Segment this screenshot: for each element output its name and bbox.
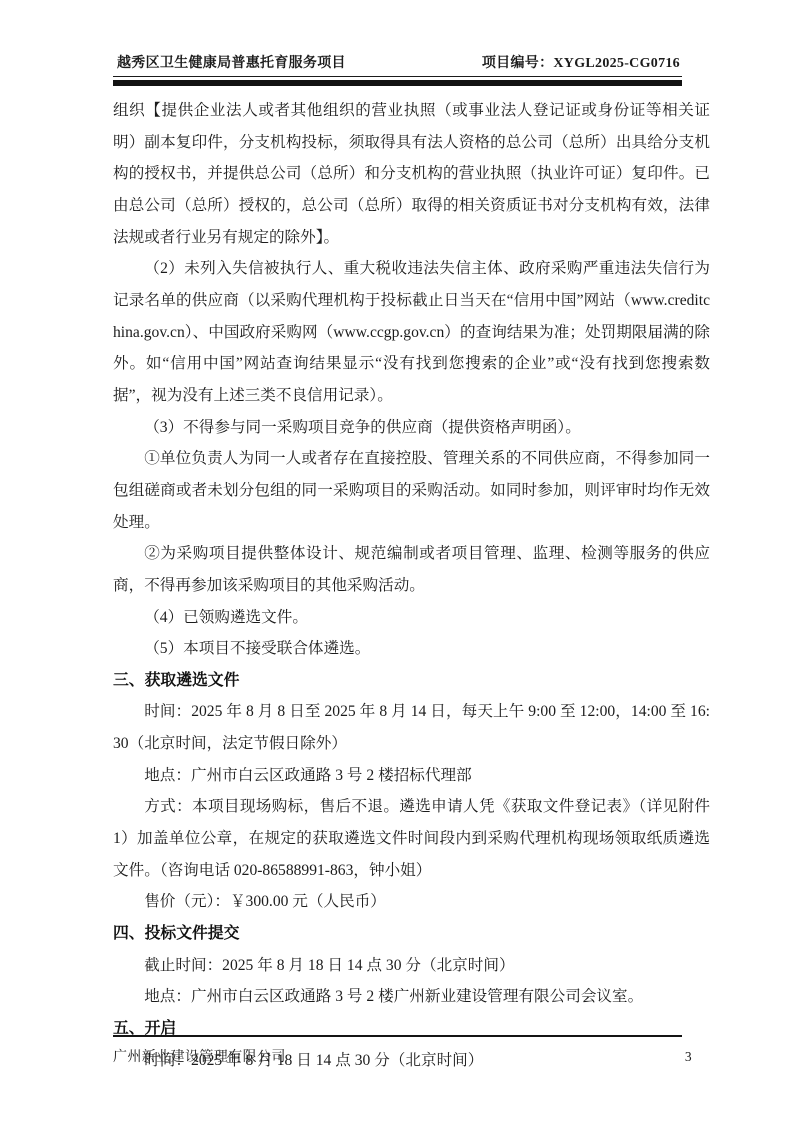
paragraph: 售价（元）：￥300.00 元（人民币） bbox=[113, 886, 710, 918]
paragraph: ②为采购项目提供整体设计、规范编制或者项目管理、监理、检测等服务的供应商，不得再… bbox=[113, 538, 710, 601]
page-footer: 广州新业建设管理有限公司 3 bbox=[113, 1046, 692, 1066]
paragraph: 方式：本项目现场购标，售后不退。遴选申请人凭《获取文件登记表》（详见附件 1）加… bbox=[113, 791, 710, 886]
page-header: 越秀区卫生健康局普惠托育服务项目 项目编号：XYGL2025-CG0716 bbox=[113, 52, 682, 86]
paragraph: （4）已领购遴选文件。 bbox=[113, 602, 710, 634]
paragraph: （5）本项目不接受联合体遴选。 bbox=[113, 633, 710, 665]
paragraph: 时间：2025 年 8 月 8 日至 2025 年 8 月 14 日，每天上午 … bbox=[113, 696, 710, 759]
document-body: 组织【提供企业法人或者其他组织的营业执照（或事业法人登记证或身份证等相关证明）副… bbox=[113, 95, 710, 1076]
footer-company-name: 广州新业建设管理有限公司 bbox=[113, 1046, 286, 1066]
section-heading: 三、获取遴选文件 bbox=[113, 665, 710, 697]
footer-page-number: 3 bbox=[685, 1049, 692, 1065]
header-project-number: 项目编号：XYGL2025-CG0716 bbox=[482, 52, 680, 72]
header-project-title: 越秀区卫生健康局普惠托育服务项目 bbox=[117, 52, 346, 72]
paragraph: （3）不得参与同一采购项目竞争的供应商（提供资格声明函）。 bbox=[113, 412, 710, 444]
paragraph: （2）未列入失信被执行人、重大税收违法失信主体、政府采购严重违法失信行为记录名单… bbox=[113, 253, 710, 411]
section-heading: 五、开启 bbox=[113, 1013, 710, 1045]
paragraph: 地点：广州市白云区政通路 3 号 2 楼广州新业建设管理有限公司会议室。 bbox=[113, 981, 710, 1013]
paragraph: 截止时间：2025 年 8 月 18 日 14 点 30 分（北京时间） bbox=[113, 950, 710, 982]
paragraph: ①单位负责人为同一人或者存在直接控股、管理关系的不同供应商，不得参加同一包组磋商… bbox=[113, 443, 710, 538]
footer-rule bbox=[113, 1035, 682, 1037]
header-double-rule bbox=[113, 80, 682, 86]
section-heading: 四、投标文件提交 bbox=[113, 918, 710, 950]
paragraph: 地点：广州市白云区政通路 3 号 2 楼招标代理部 bbox=[113, 760, 710, 792]
document-page: 越秀区卫生健康局普惠托育服务项目 项目编号：XYGL2025-CG0716 组织… bbox=[0, 0, 800, 1131]
paragraph: 组织【提供企业法人或者其他组织的营业执照（或事业法人登记证或身份证等相关证明）副… bbox=[113, 95, 710, 253]
page-header-row: 越秀区卫生健康局普惠托育服务项目 项目编号：XYGL2025-CG0716 bbox=[113, 52, 682, 77]
